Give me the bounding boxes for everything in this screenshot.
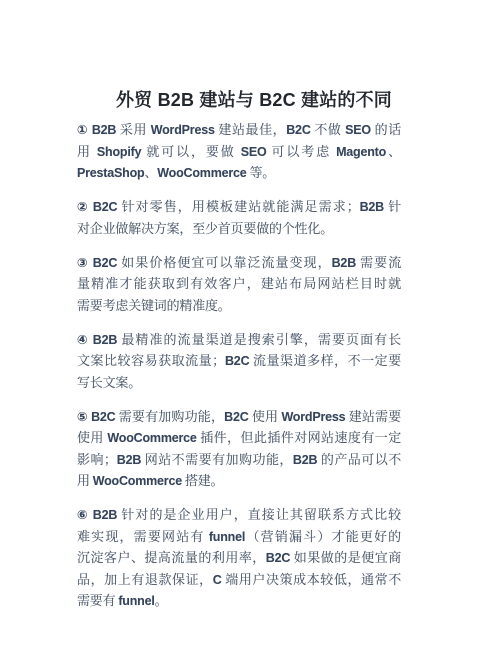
text-line: 量精准才能获取到有效客户，建站布局网站栏目时就 xyxy=(77,273,401,295)
text-line: 使用 WooCommerce 插件，但此插件对网站速度有一定 xyxy=(77,427,401,449)
latin-run: B2B xyxy=(117,453,141,467)
paragraph-2: ② B2C 针对零售，用模板建站就能满足需求；B2B 针 对企业做解决方案，至少… xyxy=(77,196,401,239)
page-title: 外贸 B2B 建站与 B2C 建站的不同 xyxy=(8,87,500,113)
latin-run: B2C xyxy=(225,354,249,368)
paragraph-3: ③ B2C 如果价格便宜可以靠泛流量变现，B2B 需要流 量精准才能获取到有效客… xyxy=(77,252,401,317)
text-line: ① B2B 采用 WordPress 建站最佳，B2C 不做 SEO 的话 xyxy=(77,119,401,141)
latin-run: funnel xyxy=(209,530,245,544)
text-line: 写长文案。 xyxy=(77,372,401,394)
text-line: ② B2C 针对零售，用模板建站就能满足需求；B2B 针 xyxy=(77,196,401,218)
text-line: ④ B2B 最精准的流量渠道是搜索引擎，需要页面有长 xyxy=(77,329,401,351)
latin-run: ③ xyxy=(77,256,89,270)
latin-run: ① xyxy=(77,123,88,137)
text-line: 用 WooCommerce 搭建。 xyxy=(77,470,401,492)
latin-run: B2C xyxy=(224,410,248,424)
paragraph-4: ④ B2B 最精准的流量渠道是搜索引擎，需要页面有长 文案比较容易获取流量；B2… xyxy=(77,329,401,394)
text-line: 需要考虑关键词的精准度。 xyxy=(77,295,401,317)
latin-run: Magento xyxy=(336,145,386,159)
latin-run: ⑥ xyxy=(77,508,89,522)
text-line: PrestaShop、WooCommerce 等。 xyxy=(77,162,401,184)
latin-run: B2B xyxy=(92,123,116,137)
latin-run: B2B xyxy=(93,508,117,522)
paragraph-6: ⑥ B2B 针对的是企业用户，直接让其留联系方式比较 难实现，需要网站有 fun… xyxy=(77,504,401,612)
text-line: 对企业做解决方案，至少首页要做的个性化。 xyxy=(77,218,401,240)
latin-run: SEO xyxy=(345,123,371,137)
text-line: 影响；B2B 网站不需要有加购功能，B2B 的产品可以不 xyxy=(77,449,401,471)
latin-run: B2C xyxy=(93,200,117,214)
latin-run: B2B xyxy=(293,453,317,467)
latin-run: B2B xyxy=(332,256,356,270)
latin-run: SEO xyxy=(241,145,267,159)
latin-run: WordPress xyxy=(281,410,345,424)
latin-run: ② xyxy=(77,200,89,214)
text-line: 需要有 funnel。 xyxy=(77,590,401,612)
text-line: ⑤ B2C 需要有加购功能，B2C 使用 WordPress 建站需要 xyxy=(77,406,401,428)
text-line: 沉淀客户、提高流量的利用率，B2C 如果做的是便宜商 xyxy=(77,547,401,569)
text-line: ③ B2C 如果价格便宜可以靠泛流量变现，B2B 需要流 xyxy=(77,252,401,274)
latin-run: C xyxy=(213,573,222,587)
latin-run: ⑤ xyxy=(77,410,88,424)
latin-run: WordPress xyxy=(151,123,215,137)
document-page: 外贸 B2B 建站与 B2C 建站的不同 ① B2B 采用 WordPress … xyxy=(0,0,500,653)
latin-run: B2B xyxy=(93,333,117,347)
latin-run: Shopify xyxy=(97,145,141,159)
latin-run: funnel xyxy=(118,594,154,608)
latin-run: B2C xyxy=(286,123,310,137)
latin-run: WooCommerce xyxy=(157,166,246,180)
latin-run: PrestaShop xyxy=(77,166,144,180)
text-line: 文案比较容易获取流量；B2C 流量渠道多样，不一定要 xyxy=(77,350,401,372)
latin-run: WooCommerce xyxy=(107,431,196,445)
latin-run: B2B xyxy=(360,200,384,214)
text-line: ⑥ B2B 针对的是企业用户，直接让其留联系方式比较 xyxy=(77,504,401,526)
text-line: 用 Shopify 就可以，要做 SEO 可以考虑 Magento、 xyxy=(77,141,401,163)
text-line: 品，加上有退款保证，C 端用户决策成本较低，通常不 xyxy=(77,569,401,591)
paragraph-1: ① B2B 采用 WordPress 建站最佳，B2C 不做 SEO 的话 用 … xyxy=(77,119,401,184)
latin-run: B2C xyxy=(91,410,115,424)
paragraph-5: ⑤ B2C 需要有加购功能，B2C 使用 WordPress 建站需要 使用 W… xyxy=(77,406,401,492)
latin-run: WooCommerce xyxy=(93,474,182,488)
text-line: 难实现，需要网站有 funnel（营销漏斗）才能更好的 xyxy=(77,526,401,548)
latin-run: B2C xyxy=(266,551,290,565)
latin-run: B2C xyxy=(93,256,117,270)
latin-run: ④ xyxy=(77,333,89,347)
document-body: ① B2B 采用 WordPress 建站最佳，B2C 不做 SEO 的话 用 … xyxy=(77,119,401,612)
